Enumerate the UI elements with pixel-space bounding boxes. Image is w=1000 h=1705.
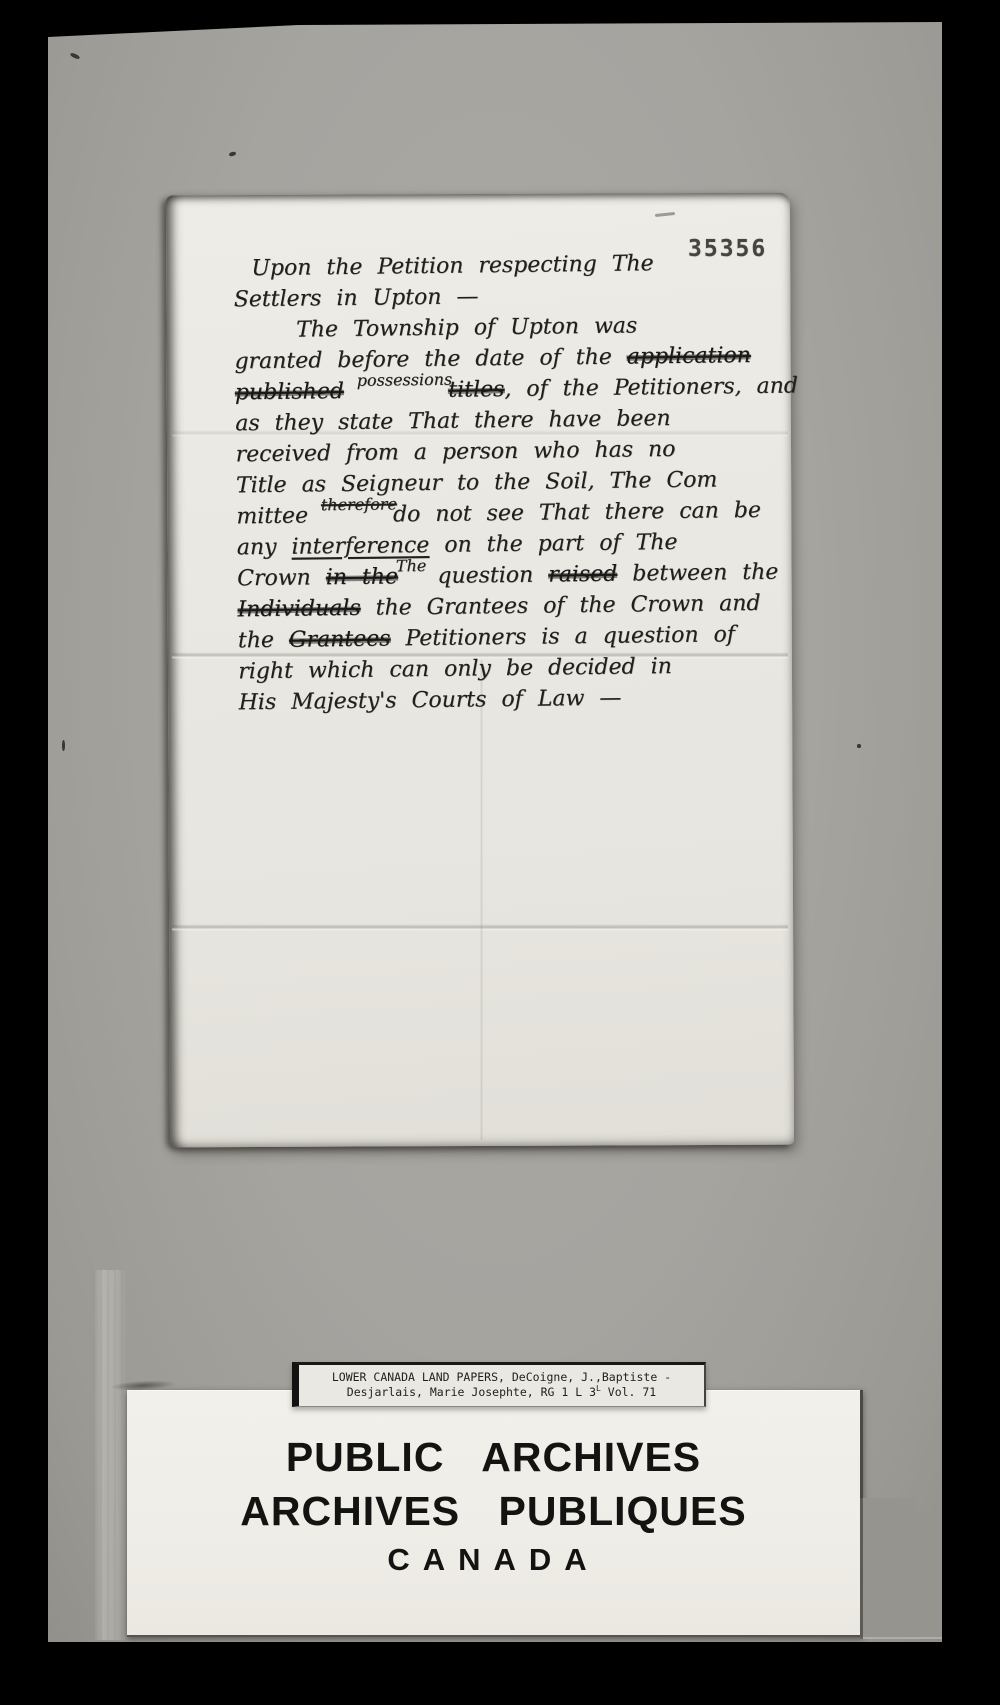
dust-speck — [62, 740, 65, 751]
manuscript-segment: published — [235, 379, 344, 405]
manuscript-segment: Crown — [237, 565, 326, 591]
manuscript-segment: Title as Seigneur to the Soil, The Com — [236, 467, 718, 498]
manuscript-segment: the — [238, 628, 289, 654]
manuscript-segment: The Township of Upton was — [296, 313, 637, 342]
reference-text: Desjarlais, Marie Josephte, RG 1 L 3 — [347, 1385, 596, 1399]
card-title-en: PUBLIC ARCHIVES — [127, 1434, 860, 1481]
manuscript-segment: Individuals — [237, 596, 360, 623]
film-frame: { "colors": { "frame_black": "#000000", … — [0, 0, 1000, 1705]
film-splice-tab — [860, 1498, 942, 1639]
card-title-canada: CANADA — [127, 1542, 860, 1578]
card-title-fr: ARCHIVES PUBLIQUES — [127, 1488, 860, 1535]
tape-strip — [93, 1270, 127, 1640]
reference-label-line-2: Desjarlais, Marie Josephte, RG 1 L 3L Vo… — [299, 1385, 704, 1400]
manuscript-segment: Upon the Petition respecting The — [251, 251, 654, 281]
manuscript-segment: The — [396, 558, 427, 574]
manuscript-segment: Petitioners is a question of — [390, 622, 735, 651]
manuscript-segment: as they state That there have been — [235, 406, 671, 436]
manuscript-segment: possessions — [357, 372, 453, 389]
page-vertical-crease — [480, 660, 483, 1140]
manuscript-segment: between the — [617, 560, 778, 587]
manuscript-segment: on the part of The — [429, 530, 678, 558]
manuscript-segment: application — [627, 343, 751, 370]
dust-speck — [857, 744, 861, 748]
reference-label-line-1: LOWER CANADA LAND PAPERS, DeCoigne, J.,B… — [299, 1370, 704, 1385]
manuscript-segment: Grantees — [289, 626, 391, 652]
manuscript-segment: do not see That there can be — [393, 498, 761, 527]
manuscript-segment: Settlers in Upton — — [234, 284, 479, 312]
manuscript-segment: received from a person who has no — [235, 437, 675, 467]
reference-volume: Vol. 71 — [601, 1385, 656, 1399]
manuscript: Upon the Petition respecting TheSettlers… — [233, 247, 787, 719]
manuscript-segment: raised — [548, 562, 617, 588]
manuscript-segment: right which can only be decided in — [238, 654, 672, 684]
manuscript-segment: in the — [326, 564, 399, 590]
manuscript-segment: His Majesty's Courts of Law — — [239, 686, 622, 716]
manuscript-segment: mittee — [236, 503, 323, 529]
manuscript-segment: any — [237, 535, 292, 561]
archives-card: PUBLIC ARCHIVES ARCHIVES PUBLIQUES CANAD… — [127, 1390, 863, 1637]
manuscript-segment: question — [422, 563, 548, 590]
manuscript-segment: titles — [448, 377, 504, 403]
manuscript-segment: the Grantees of the Crown and — [361, 591, 761, 621]
manuscript-segment: , of the Petitioners, and — [504, 373, 798, 402]
reference-label: LOWER CANADA LAND PAPERS, DeCoigne, J.,B… — [292, 1362, 706, 1407]
manuscript-segment: therefore — [321, 496, 397, 513]
